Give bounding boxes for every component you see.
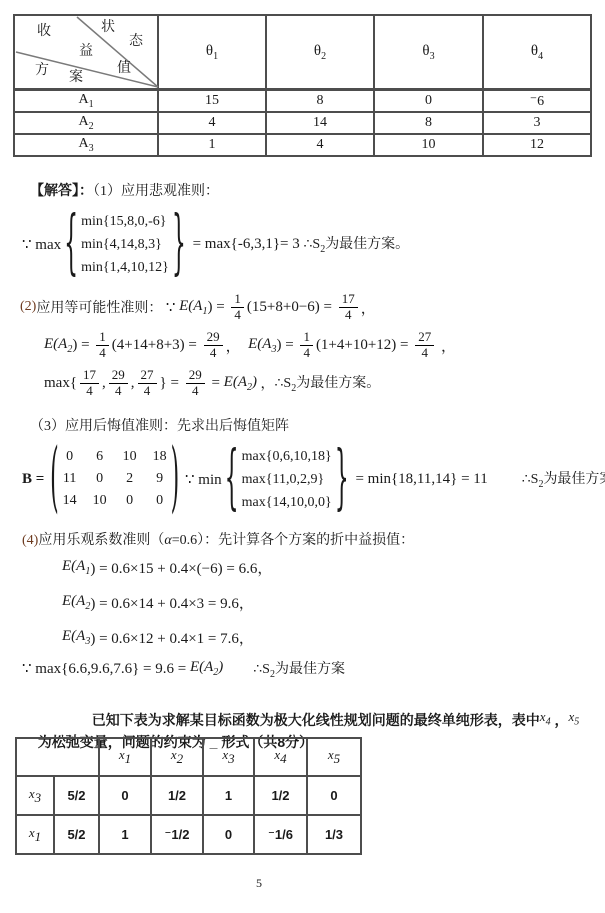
fraction: 274: [415, 330, 434, 361]
basis-label-x1: x1: [16, 815, 54, 854]
value-cell: 0: [374, 90, 483, 113]
result-token: = min{18,11,14} = 11: [352, 471, 488, 488]
max-token: max{: [44, 375, 77, 392]
fraction: 274: [138, 368, 157, 399]
comma-token: ，: [361, 297, 376, 318]
min-row: min{15,8,0,-6}: [81, 211, 169, 232]
because-max-token: ∵ max{6.6,9.6,7.6} = 9.6 =: [22, 659, 190, 678]
corner-char-plan-1: 方: [35, 64, 49, 78]
corner-char-state-2: 态: [129, 35, 143, 49]
section3-title: 应用后悔值准则：先求出后悔值矩阵: [65, 419, 289, 434]
section4-number: (4): [22, 533, 38, 548]
conclusion: ∴S2为最佳方案。: [303, 233, 409, 255]
conclusion: ∴S2为最佳方案。: [522, 468, 605, 490]
col-header-theta3: θ3: [374, 15, 483, 90]
section1-title: 应用悲观准则：: [121, 184, 219, 199]
matrix-cell: 0: [156, 493, 163, 509]
fraction: 294: [186, 368, 205, 399]
value-cell: 3: [483, 112, 591, 134]
fraction: 174: [339, 292, 358, 323]
variable-x4: x4: [540, 709, 551, 724]
matrix-cell: 6: [96, 449, 103, 465]
corner-char-plan-2: 案: [69, 71, 83, 85]
fraction: 14: [231, 292, 244, 323]
fraction: 14: [96, 330, 109, 361]
value-cell: 4: [266, 134, 374, 156]
value-cell: 0: [203, 815, 254, 854]
expr-token: ) = 0.6×15 + 0.4×(−6) = 6.6，: [90, 557, 272, 578]
formula-regret: B = ( 061018 11029 141000 ) ∵ min { max{…: [22, 441, 605, 517]
value-cell: 1: [203, 776, 254, 815]
left-brace-icon: {: [225, 439, 239, 519]
comma-token: ,: [102, 375, 106, 392]
solution-label: 【解答】：: [30, 184, 93, 199]
value-cell: 0: [99, 776, 151, 815]
row-label-a2: A2: [14, 112, 158, 134]
because-min-token: ∵ min: [181, 470, 221, 489]
col-header-theta1: θ1: [158, 15, 266, 90]
theta-symbol: θ: [422, 43, 429, 59]
ea2-lhs: E(A2: [44, 336, 72, 355]
section3-number: （3）: [30, 419, 65, 434]
min-stack: min{15,8,0,-6} min{4,14,8,3} min{1,4,10,…: [81, 211, 169, 278]
formula-pessimism: ∵ max { min{15,8,0,-6} min{4,14,8,3} min…: [22, 206, 409, 282]
result-token: = max{-6,3,1}= 3: [189, 236, 304, 253]
col-header-x3: x3: [203, 738, 254, 776]
eq-token: ) =: [207, 299, 228, 316]
table-row: x1 5/2 1 ⁻1/2 0 ⁻1/6 1/3: [16, 815, 361, 854]
corner-char-payoff-2: 益: [79, 45, 93, 59]
payoff-table: 收 益 值 状 态 方 案 θ1 θ2 θ3 θ4 A1 15 8 0 ⁻6 A…: [13, 14, 592, 157]
row-label-a3: A3: [14, 134, 158, 156]
left-brace-icon: {: [64, 204, 78, 284]
sum-token: (15+8+0−6) =: [247, 299, 336, 316]
sum-token: (1+4+10+12) =: [316, 337, 412, 354]
fraction: 294: [109, 368, 128, 399]
theta-subscript: 2: [321, 50, 326, 61]
matrix-cell: 0: [126, 493, 133, 509]
conclusion: ∴S2为最佳方案: [253, 658, 345, 680]
ea3-lhs: E(A3: [248, 336, 276, 355]
section4-title-1: 应用乐观系数准则（: [38, 533, 164, 548]
expr-token: ) = 0.6×14 + 0.4×3 = 9.6，: [90, 592, 254, 613]
expr-token: ) = 0.6×12 + 0.4×1 = 7.6，: [90, 627, 254, 648]
comma-token: ，: [437, 335, 456, 356]
header-blank-cell: [16, 738, 99, 776]
max-row: max{0,6,10,18}: [242, 446, 332, 467]
theta-subscript: 4: [538, 50, 543, 61]
matrix-cell: 18: [153, 449, 167, 465]
rhs-cell: 5/2: [54, 815, 99, 854]
row-label-a1: A1: [14, 90, 158, 113]
matrix-cell: 2: [126, 471, 133, 487]
matrix-cell: 11: [63, 471, 76, 487]
max-row: max{11,0,2,9}: [242, 469, 332, 490]
matrix-cell: 14: [63, 493, 77, 509]
section2-line3: max{ 174 , 294 , 274 } = 294 = E(A2) ， ∴…: [44, 365, 380, 401]
min-row: min{1,4,10,12}: [81, 257, 169, 278]
eq-token: =: [208, 375, 224, 392]
fraction: 14: [300, 330, 313, 361]
diagonal-header-cell: 收 益 值 状 态 方 案: [14, 15, 158, 90]
theta-subscript: 1: [213, 50, 218, 61]
matrix-cell: 9: [156, 471, 163, 487]
therefore-token: ∴S: [303, 237, 320, 252]
value-cell: 10: [374, 134, 483, 156]
ea3-lhs: E(A3: [62, 628, 90, 647]
table-row: A1 15 8 0 ⁻6: [14, 90, 591, 113]
value-cell: 1/2: [151, 776, 203, 815]
regret-matrix: 061018 11029 141000: [61, 449, 169, 509]
ea1-lhs: E(A1: [179, 298, 207, 317]
min-row: min{4,14,8,3}: [81, 234, 169, 255]
max-row: max{14,10,0,0}: [242, 492, 332, 513]
ea2-ref: E(A2): [224, 374, 257, 393]
section3-heading: （3）应用后悔值准则：先求出后悔值矩阵: [30, 415, 289, 435]
value-cell: ⁻1/2: [151, 815, 203, 854]
because-token: ∵: [166, 298, 179, 317]
right-paren-icon: ): [171, 435, 180, 523]
comma-token: ,: [131, 375, 135, 392]
value-cell: 12: [483, 134, 591, 156]
comma-token: ，: [226, 335, 249, 356]
value-cell: 4: [158, 112, 266, 134]
section4-final-line: ∵ max{6.6,9.6,7.6} = 9.6 = E(A2) ∴S2为最佳方…: [22, 658, 345, 680]
section4-heading: (4)应用乐观系数准则（α=0.6）：先计算各个方案的折中益损值：: [22, 529, 414, 549]
value-cell: 1/3: [307, 815, 361, 854]
value-cell: 1/2: [254, 776, 307, 815]
matrix-cell: 10: [123, 449, 137, 465]
separator-token: ，: [551, 712, 569, 728]
because-max-token: ∵ max: [22, 235, 61, 254]
col-header-theta2: θ2: [266, 15, 374, 90]
col-header-x2: x2: [151, 738, 203, 776]
corner-char-payoff-1: 收: [37, 25, 51, 39]
fraction: 294: [204, 330, 223, 361]
theta-subscript: 3: [430, 50, 435, 61]
alpha-symbol: α: [164, 533, 171, 548]
col-header-x4: x4: [254, 738, 307, 776]
ea1-lhs: E(A1: [62, 558, 90, 577]
section2-line2: E(A2) = 14 (4+14+8+3) = 294 ， E(A3) = 14…: [44, 327, 456, 363]
col-header-theta4: θ4: [483, 15, 591, 90]
section4-line1: E(A1) = 0.6×15 + 0.4×(−6) = 6.6，: [62, 557, 272, 578]
variable-x5: x5: [568, 709, 579, 724]
page-number: 5: [256, 876, 262, 891]
value-cell: 1: [99, 815, 151, 854]
value-cell: 14: [266, 112, 374, 134]
table-row: x3 5/2 0 1/2 1 1/2 0: [16, 776, 361, 815]
section2-number: (2): [20, 299, 36, 315]
matrix-cell: 0: [66, 449, 73, 465]
eq-token: ) =: [72, 337, 93, 354]
corner-char-payoff-3: 值: [117, 62, 131, 76]
table-row: A2 4 14 8 3: [14, 112, 591, 134]
section1-number: （1）: [93, 184, 121, 199]
eq-token: ) =: [276, 337, 297, 354]
fraction: 174: [80, 368, 99, 399]
section4-line2: E(A2) = 0.6×14 + 0.4×3 = 9.6，: [62, 592, 254, 613]
close-brace-token: } =: [160, 375, 183, 392]
table-row: A3 1 4 10 12: [14, 134, 591, 156]
value-cell: 0: [307, 776, 361, 815]
sum-token: (4+14+8+3) =: [112, 337, 201, 354]
right-brace-icon: }: [335, 439, 349, 519]
ea2-ref: E(A2): [190, 659, 223, 678]
separator-token: ，: [257, 373, 275, 393]
col-header-x5: x5: [307, 738, 361, 776]
corner-char-state-1: 状: [101, 21, 115, 35]
matrix-cell: 0: [96, 471, 103, 487]
col-header-x1: x1: [99, 738, 151, 776]
matrix-cell: 10: [93, 493, 107, 509]
conclusion: ∴S2为最佳方案。: [275, 372, 381, 394]
simplex-table: x1 x2 x3 x4 x5 x3 5/2 0 1/2 1 1/2 0 x1 5…: [15, 737, 362, 855]
ea2-lhs: E(A2: [62, 593, 90, 612]
rhs-cell: 5/2: [54, 776, 99, 815]
right-brace-icon: }: [172, 204, 186, 284]
matrix-name-token: B =: [22, 471, 48, 488]
value-cell: 15: [158, 90, 266, 113]
left-paren-icon: (: [50, 435, 59, 523]
value-cell: ⁻1/6: [254, 815, 307, 854]
value-cell: 8: [266, 90, 374, 113]
solution-heading: 【解答】：（1）应用悲观准则：: [30, 180, 219, 200]
value-cell: ⁻6: [483, 90, 591, 113]
value-cell: 8: [374, 112, 483, 134]
value-cell: 1: [158, 134, 266, 156]
section4-title-2: =0.6）：先计算各个方案的折中益损值：: [172, 533, 414, 548]
section2-title: 应用等可能性准则：: [36, 297, 166, 317]
section2-line1: (2)应用等可能性准则： ∵ E(A1) = 14 (15+8+0−6) = 1…: [20, 289, 376, 325]
basis-label-x3: x3: [16, 776, 54, 815]
max-stack: max{0,6,10,18} max{11,0,2,9} max{14,10,0…: [242, 446, 332, 513]
section4-line3: E(A3) = 0.6×12 + 0.4×1 = 7.6，: [62, 627, 254, 648]
conclusion-text: 为最佳方案。: [325, 237, 409, 252]
